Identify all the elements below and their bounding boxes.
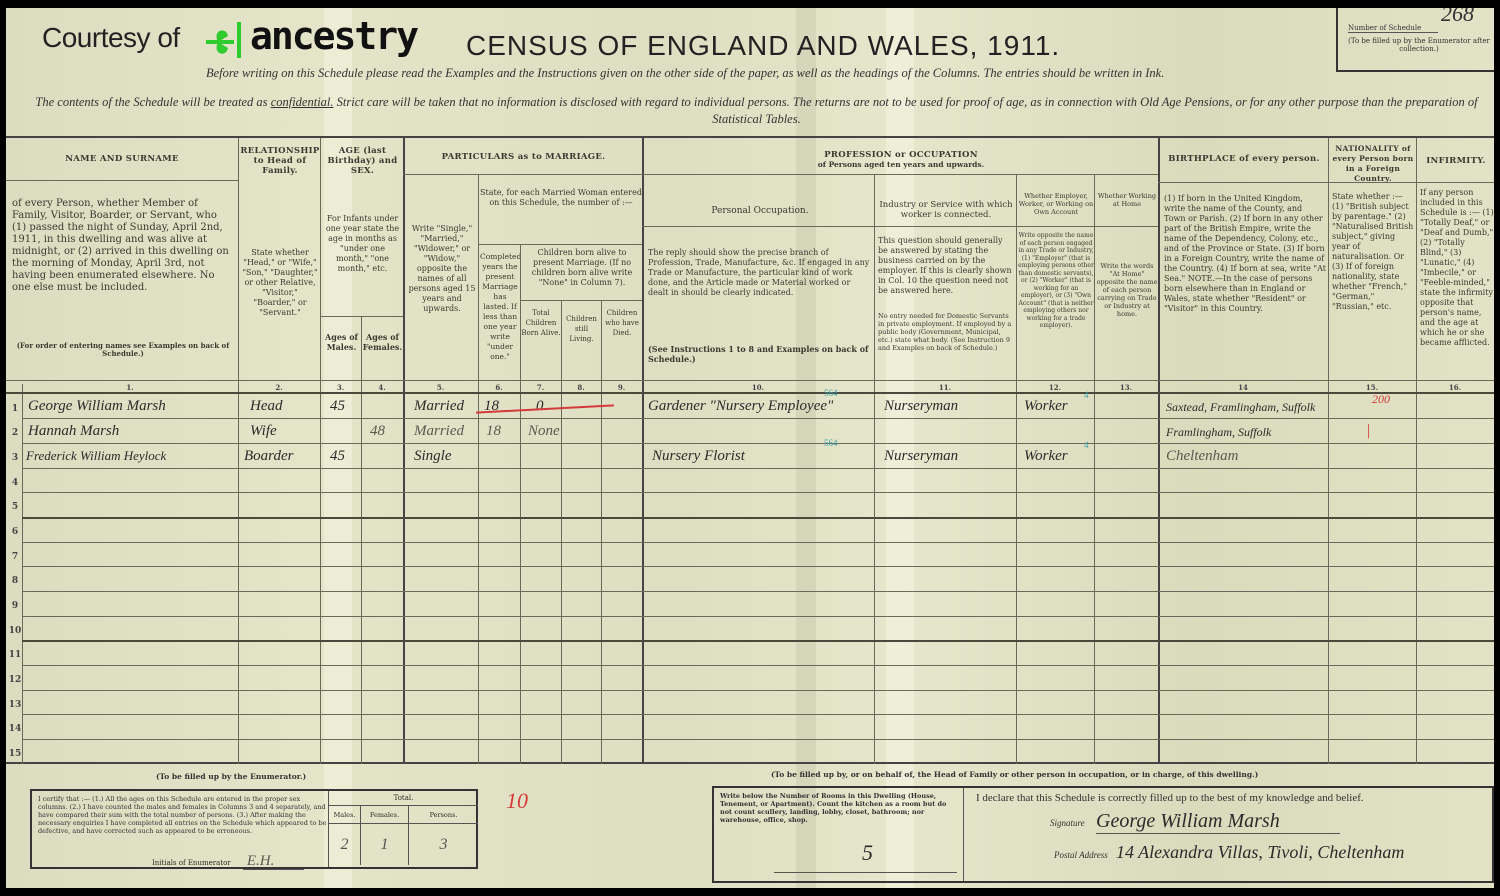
confidential-notice: The contents of the Schedule will be tre… <box>24 94 1489 128</box>
employer-code: 4 <box>1084 390 1089 400</box>
col-marriage-total-born: Total Children Born Alive. <box>521 308 561 338</box>
nationality-mark: | <box>1366 422 1370 440</box>
occupier-heading: (To be filled up by, or on behalf of, th… <box>771 770 1258 779</box>
birthplace-cell: Framlingham, Suffolk <box>1166 425 1271 440</box>
courtesy-text: Courtesy of <box>42 22 180 54</box>
col-personal-title: Personal Occupation. <box>646 206 874 216</box>
col-industry-title: Industry or Service with which worker is… <box>876 200 1016 220</box>
rooms-count: 5 <box>862 840 873 866</box>
schedule-number-box: Number of Schedule 268 (To be filled up … <box>1336 8 1494 72</box>
col-relationship-title: RELATIONSHIP to Head of Family. <box>240 146 320 176</box>
condition-cell: Married <box>414 398 464 415</box>
col-relationship-desc: State whether "Head," or "Wife," "Son," … <box>240 248 320 318</box>
col-nationality-title: NATIONALITY of every Person born in a Fo… <box>1330 144 1416 184</box>
col-name-note: (For order of entering names see Example… <box>10 342 236 358</box>
col-marriage-woman: State, for each Married Woman entered on… <box>480 188 642 208</box>
total-persons: 3 <box>409 824 478 865</box>
col-marriage-children: Children born alive to present Marriage.… <box>522 248 642 288</box>
enumerator-heading: (To be filled up by the Enumerator.) <box>156 772 306 781</box>
page-title: CENSUS OF ENGLAND AND WALES, 1911. <box>466 30 1060 62</box>
enumerator-box: I certify that :— (1.) All the ages on t… <box>30 789 478 869</box>
col-occupation-subtitle: of Persons aged ten years and upwards. <box>644 160 1158 170</box>
age-female-cell: 48 <box>370 423 385 440</box>
rooms-section: Write below the Number of Rooms in this … <box>714 788 964 881</box>
age-male-cell: 45 <box>330 448 345 465</box>
census-table: NAME AND SURNAME of every Person, whethe… <box>6 136 1494 764</box>
condition-cell: Married <box>414 423 464 440</box>
employer-cell: Worker <box>1024 398 1068 415</box>
col-industry-desc: This question should generally be answer… <box>878 236 1014 296</box>
ancestry-logo: ancestry <box>250 14 417 58</box>
col-birthplace-desc: (1) If born in the United Kingdom, write… <box>1164 194 1326 314</box>
relationship-cell: Boarder <box>244 448 293 465</box>
col-home-title: Whether Working at Home <box>1096 192 1158 208</box>
col-age-desc: For Infants under one year state the age… <box>324 214 401 274</box>
schedule-number: 268 <box>1441 10 1474 18</box>
occupation-cell: Gardener "Nursery Employee" <box>648 398 833 415</box>
ancestry-leaf-icon <box>204 20 244 60</box>
col-nationality-desc: State whether :— (1) "British subject by… <box>1332 192 1414 312</box>
col-name-title: NAME AND SURNAME <box>6 154 238 164</box>
born-cell: None <box>528 423 560 440</box>
age-male-cell: 45 <box>330 398 345 415</box>
col-personal-desc: The reply should show the precise branch… <box>648 248 872 298</box>
occupation-code: 564 <box>824 388 838 398</box>
col-birthplace-title: BIRTHPLACE of every person. <box>1160 154 1328 164</box>
employer-code: 4 <box>1084 440 1089 450</box>
col-personal-note: (See Instructions 1 to 8 and Examples on… <box>648 344 872 364</box>
born-cell: 0 <box>536 398 544 415</box>
total-females: 1 <box>361 824 409 865</box>
col-infirmity-desc: If any person included in this Schedule … <box>1420 188 1494 348</box>
enumerator-initials: E.H. <box>243 853 305 870</box>
declaration-text: I declare that this Schedule is correctl… <box>976 792 1364 804</box>
postal-address: 14 Alexandra Villas, Tivoli, Cheltenham <box>1116 842 1404 863</box>
employer-cell: Worker <box>1024 448 1068 465</box>
years-cell: 18 <box>486 423 501 440</box>
occupation-code: 564 <box>824 438 838 448</box>
red-annotation: 10 <box>506 788 528 814</box>
totals-table: Total. Males. Females. Persons. 2 1 3 <box>328 791 478 867</box>
name-cell: George William Marsh <box>28 398 166 415</box>
occupation-cell: Nursery Florist <box>652 448 745 465</box>
birthplace-cell: Saxtead, Framlingham, Suffolk <box>1166 400 1315 415</box>
industry-cell: Nurseryman <box>884 448 958 465</box>
enumerator-certify: I certify that :— (1.) All the ages on t… <box>38 795 328 835</box>
col-marriage-years: Completed years the present Marriage has… <box>480 252 520 362</box>
col-age-title: AGE (last Birthday) and SEX. <box>322 146 403 176</box>
name-cell: Frederick William Heylock <box>26 448 166 464</box>
col-marriage-title: PARTICULARS as to MARRIAGE. <box>405 152 642 162</box>
col-employer-title: Whether Employer, Worker, or Working on … <box>1018 192 1094 216</box>
col-age-females: Ages of Females. <box>362 332 403 352</box>
signature: George William Marsh <box>1096 810 1340 834</box>
col-employer-desc: Write opposite the name of each person e… <box>1018 232 1094 330</box>
relationship-cell: Wife <box>250 423 277 440</box>
col-infirmity-title: INFIRMITY. <box>1418 156 1494 166</box>
condition-cell: Single <box>414 448 452 465</box>
col-marriage-condition: Write "Single," "Married," "Widower," or… <box>406 224 478 314</box>
name-cell: Hannah Marsh <box>28 423 119 440</box>
occupier-box: Write below the Number of Rooms in this … <box>712 786 1494 883</box>
col-occupation-title: PROFESSION or OCCUPATION <box>644 150 1158 160</box>
col-industry-note: No entry needed for Domestic Servants in… <box>878 312 1014 352</box>
relationship-cell: Head <box>250 398 283 415</box>
census-schedule: Courtesy of ancestry CENSUS OF ENGLAND A… <box>6 8 1494 888</box>
col-marriage-still-living: Children still Living. <box>562 314 601 344</box>
total-males: 2 <box>329 824 361 865</box>
col-marriage-died: Children who have Died. <box>602 308 642 338</box>
col-home-desc: Write the words "At Home" opposite the n… <box>1096 262 1158 318</box>
birthplace-cell: Cheltenham <box>1166 448 1239 465</box>
instruction-line: Before writing on this Schedule please r… <box>206 66 1164 81</box>
col-age-males: Ages of Males. <box>322 332 361 352</box>
industry-cell: Nurseryman <box>884 398 958 415</box>
col-name-desc: of every Person, whether Member of Famil… <box>12 198 234 294</box>
nationality-mark: 200 <box>1372 392 1390 407</box>
